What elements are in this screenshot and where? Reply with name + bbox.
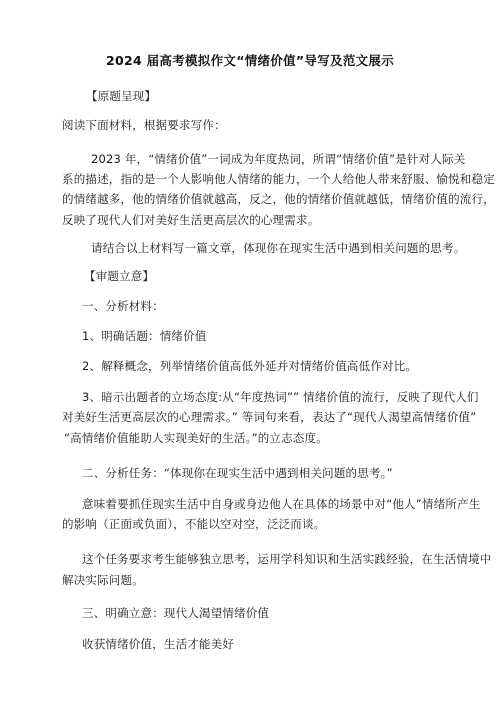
analysis-heading-2: 二、分析任务：“体现你在现实生活中遇到相关问题的思考。” bbox=[82, 465, 393, 481]
material-line-1: 2023 年，“情绪价值”一词成为年度热词，所谓“情绪价值”是针对人际关 bbox=[91, 151, 465, 167]
material-line-4: 反映了现代人们对美好生活更高层次的心理需求。 bbox=[62, 212, 319, 228]
writing-prompt: 请结合以上材料写一篇文章，体现你在现实生活中遇到相关问题的思考。 bbox=[91, 240, 465, 256]
section-heading-analysis: 【审题立意】 bbox=[84, 268, 154, 284]
task-para-2-line-2: 解决实际问题。 bbox=[62, 572, 144, 588]
material-line-2: 系的描述，指的是一个人影响他人情绪的能力，一个人给他人带来舒服、愉悦和稳定 bbox=[62, 171, 495, 187]
section-heading-original: 【原题呈现】 bbox=[86, 88, 156, 104]
thesis-statement: 收获情绪价值，生活才能美好 bbox=[82, 636, 234, 652]
analysis-point-1: 1、明确话题：情绪价值 bbox=[82, 328, 207, 344]
document-page: 2024 届高考模拟作文“情绪价值”导写及范文展示 【原题呈现】 阅读下面材料，… bbox=[0, 0, 500, 708]
analysis-point-3-line-3: “高情绪价值能助人实现美好的生活。”的立志态度。 bbox=[64, 430, 328, 446]
instruction-text: 阅读下面材料，根据要求写作： bbox=[62, 117, 226, 133]
task-para-1-line-1: 意味着要抓住现实生活中自身或身边他人在具体的场景中对“他人”情绪所产生 bbox=[82, 496, 480, 512]
analysis-heading-1: 一、分析材料： bbox=[82, 298, 164, 314]
analysis-point-2: 2、解释概念，列举情绪价值高低外延并对情绪价值高低作对比。 bbox=[82, 358, 417, 374]
analysis-point-3-line-1: 3、暗示出题者的立场态度:从“年度热词”” 情绪价值的流行，反映了现代人们 bbox=[82, 389, 479, 405]
analysis-heading-3: 三、明确立意：现代人渴望情绪价值 bbox=[82, 605, 269, 621]
task-para-2-line-1: 这个任务要求考生能够独立思考，运用学科知识和生活实践经验，在生活情境中 bbox=[82, 551, 492, 567]
document-title: 2024 届高考模拟作文“情绪价值”导写及范文展示 bbox=[0, 51, 500, 69]
analysis-point-3-line-2: 对美好生活更高层次的心理需求。” 等词句来看，表达了“现代人渴望高情绪价值” bbox=[62, 409, 476, 425]
task-para-1-line-2: 的影响（正面或负面），不能以空对空，泛泛而谈。 bbox=[62, 516, 325, 532]
material-line-3: 的情绪越多，他的情绪价值就越高，反之，他的情绪价值就越低，情绪价值的流行， bbox=[62, 191, 495, 207]
